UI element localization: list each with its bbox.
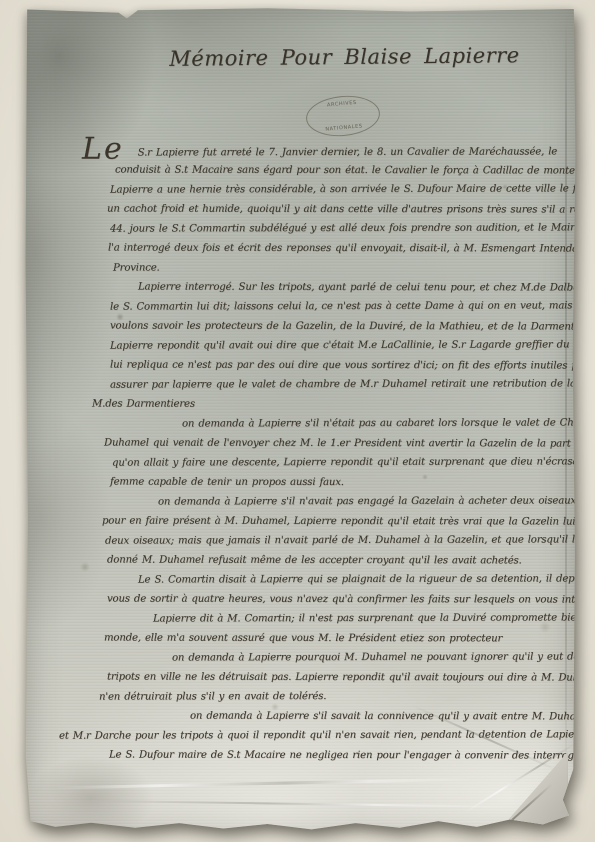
manuscript-line: pour en faire présent à M. Duhamel, Lapi… (102, 511, 577, 531)
paper-crease (95, 800, 525, 808)
line-text: deux oiseaux; mais que jamais il n'avait… (105, 534, 595, 546)
manuscript-line: tripots en ville ne les détruisait pas. … (107, 667, 577, 687)
manuscript-text-block: LeS.r Lapierre fut arreté le 7. Janvier … (107, 141, 577, 765)
manuscript-line: LeS.r Lapierre fut arreté le 7. Janvier … (82, 140, 577, 161)
manuscript-line: Duhamel qui venait de l'envoyer chez M. … (104, 433, 577, 453)
manuscript-line: Lapierre a une hernie très considérable,… (110, 179, 577, 200)
manuscript-scan: Mémoire Pour Blaise Lapierre ARCHIVES NA… (0, 0, 595, 842)
manuscript-line: conduisit à S.t Macaire sans égard pour … (115, 160, 577, 180)
line-text: voulons savoir les protecteurs de la Gaz… (110, 320, 594, 332)
line-text: on demanda à Lapierre s'il n'avait pas e… (158, 495, 576, 507)
manuscript-line: assurer par lapierre que le valet de cha… (110, 374, 577, 395)
manuscript-line: un cachot froid et humide, quoiqu'il y a… (107, 199, 577, 219)
line-text: femme capable de tenir un propos aussi f… (110, 476, 344, 487)
manuscript-line: monde, elle m'a souvent assuré que vous … (104, 628, 577, 648)
paper-shadow-wrap: Mémoire Pour Blaise Lapierre ARCHIVES NA… (0, 0, 595, 842)
line-text: le S. Commartin lui dit; laissons celui … (110, 300, 595, 312)
stamp-bottom-text: NATIONALES (308, 123, 380, 134)
manuscript-line: le S. Commartin lui dit; laissons celui … (110, 296, 577, 317)
manuscript-line: Lapierre dit à M. Comartin; il n'est pas… (153, 608, 577, 629)
manuscript-line: n'en détruirait plus s'il y en avait de … (99, 686, 577, 707)
line-text: Duhamel qui venait de l'envoyer chez M. … (104, 437, 595, 449)
manuscript-line: 44. jours le S.t Commartin subdélégué y … (110, 218, 577, 239)
line-text: Province. (113, 262, 160, 273)
line-text: l'a interrogé deux fois et écrit des rep… (108, 242, 595, 254)
line-text: et M.r Darche pour les tripots à quoi il… (59, 729, 589, 741)
line-text: qu'on allait y faire une descente, Lapie… (112, 456, 595, 468)
manuscript-line: femme capable de tenir un propos aussi f… (110, 472, 577, 492)
manuscript-line: vous de sortir à quatre heures, vous n'a… (107, 589, 577, 609)
line-text: Lapierre interrogé. Sur les tripots, aya… (138, 281, 595, 293)
line-text: on demanda à Lapierre pourquoi M. Duhame… (172, 651, 584, 663)
line-text: assurer par lapierre que le valet de cha… (110, 378, 595, 390)
manuscript-line: donné M. Duhamel refusait même de les ac… (107, 550, 577, 570)
line-text: Lapierre repondit qu'il avait oui dire q… (110, 339, 595, 351)
line-text: S.r Lapierre fut arreté le 7. Janvier de… (138, 146, 557, 158)
line-text: n'en détruirait plus s'il y en avait de … (99, 691, 326, 703)
manuscript-line: on demanda à Lapierre s'il n'avait pas e… (158, 491, 577, 512)
manuscript-line: Le S. Dufour maire de S.t Macaire ne neg… (109, 745, 577, 765)
archive-stamp: ARCHIVES NATIONALES (304, 93, 381, 139)
line-text: un cachot froid et humide, quoiqu'il y a… (107, 203, 595, 215)
line-text: pour en faire présent à M. Duhamel, Lapi… (102, 515, 595, 527)
line-text: monde, elle m'a souvent assuré que vous … (104, 632, 502, 644)
manuscript-line: M.des Darmentieres (92, 394, 577, 415)
manuscript-line: on demanda à Lapierre s'il n'était pas a… (182, 413, 577, 434)
line-text: lui repliqua ce n'est pas par des oui di… (110, 359, 595, 371)
manuscript-line: voulons savoir les protecteurs de la Gaz… (110, 316, 577, 336)
line-text: conduisit à S.t Macaire sans égard pour … (115, 164, 595, 176)
line-text: tripots en ville ne les détruisait pas. … (107, 671, 595, 683)
manuscript-line: lui repliqua ce n'est pas par des oui di… (110, 355, 577, 375)
manuscript-line: et M.r Darche pour les tripots à quoi il… (59, 725, 577, 746)
line-text: Lapierre a une hernie très considérable,… (110, 183, 595, 195)
line-text: donné M. Duhamel refusait même de les ac… (107, 554, 522, 566)
flourish-capital: Le (82, 145, 124, 155)
manuscript-line: Province. (113, 257, 577, 278)
document-title: Mémoire Pour Blaise Lapierre (69, 42, 595, 72)
manuscript-line: Lapierre repondit qu'il avait oui dire q… (110, 335, 577, 356)
line-text: Le S. Comartin disait à Lapierre qui se … (138, 573, 595, 585)
line-text: M.des Darmentieres (92, 398, 195, 409)
line-text: 44. jours le S.t Commartin subdélégué y … (110, 222, 595, 234)
manuscript-line: l'a interrogé deux fois et écrit des rep… (108, 238, 577, 258)
line-text: vous de sortir à quatre heures, vous n'a… (107, 593, 595, 605)
paper-crease (55, 778, 475, 790)
stamp-top-text: ARCHIVES (306, 99, 378, 110)
manuscript-line: qu'on allait y faire une descente, Lapie… (112, 452, 577, 473)
manuscript-line: on demanda à Lapierre s'il savait la con… (190, 706, 577, 726)
manuscript-page: Mémoire Pour Blaise Lapierre ARCHIVES NA… (25, 7, 576, 831)
manuscript-line: on demanda à Lapierre pourquoi M. Duhame… (172, 647, 577, 668)
line-text: Lapierre dit à M. Comartin; il n'est pas… (153, 612, 595, 624)
manuscript-line: Le S. Comartin disait à Lapierre qui se … (138, 569, 577, 590)
line-text: on demanda à Lapierre s'il n'était pas a… (182, 417, 595, 429)
line-text: on demanda à Lapierre s'il savait la con… (190, 710, 594, 722)
manuscript-line: deux oiseaux; mais que jamais il n'avait… (105, 530, 577, 551)
line-text: Le S. Dufour maire de S.t Macaire ne neg… (109, 749, 589, 761)
manuscript-line: Lapierre interrogé. Sur les tripots, aya… (138, 277, 577, 297)
